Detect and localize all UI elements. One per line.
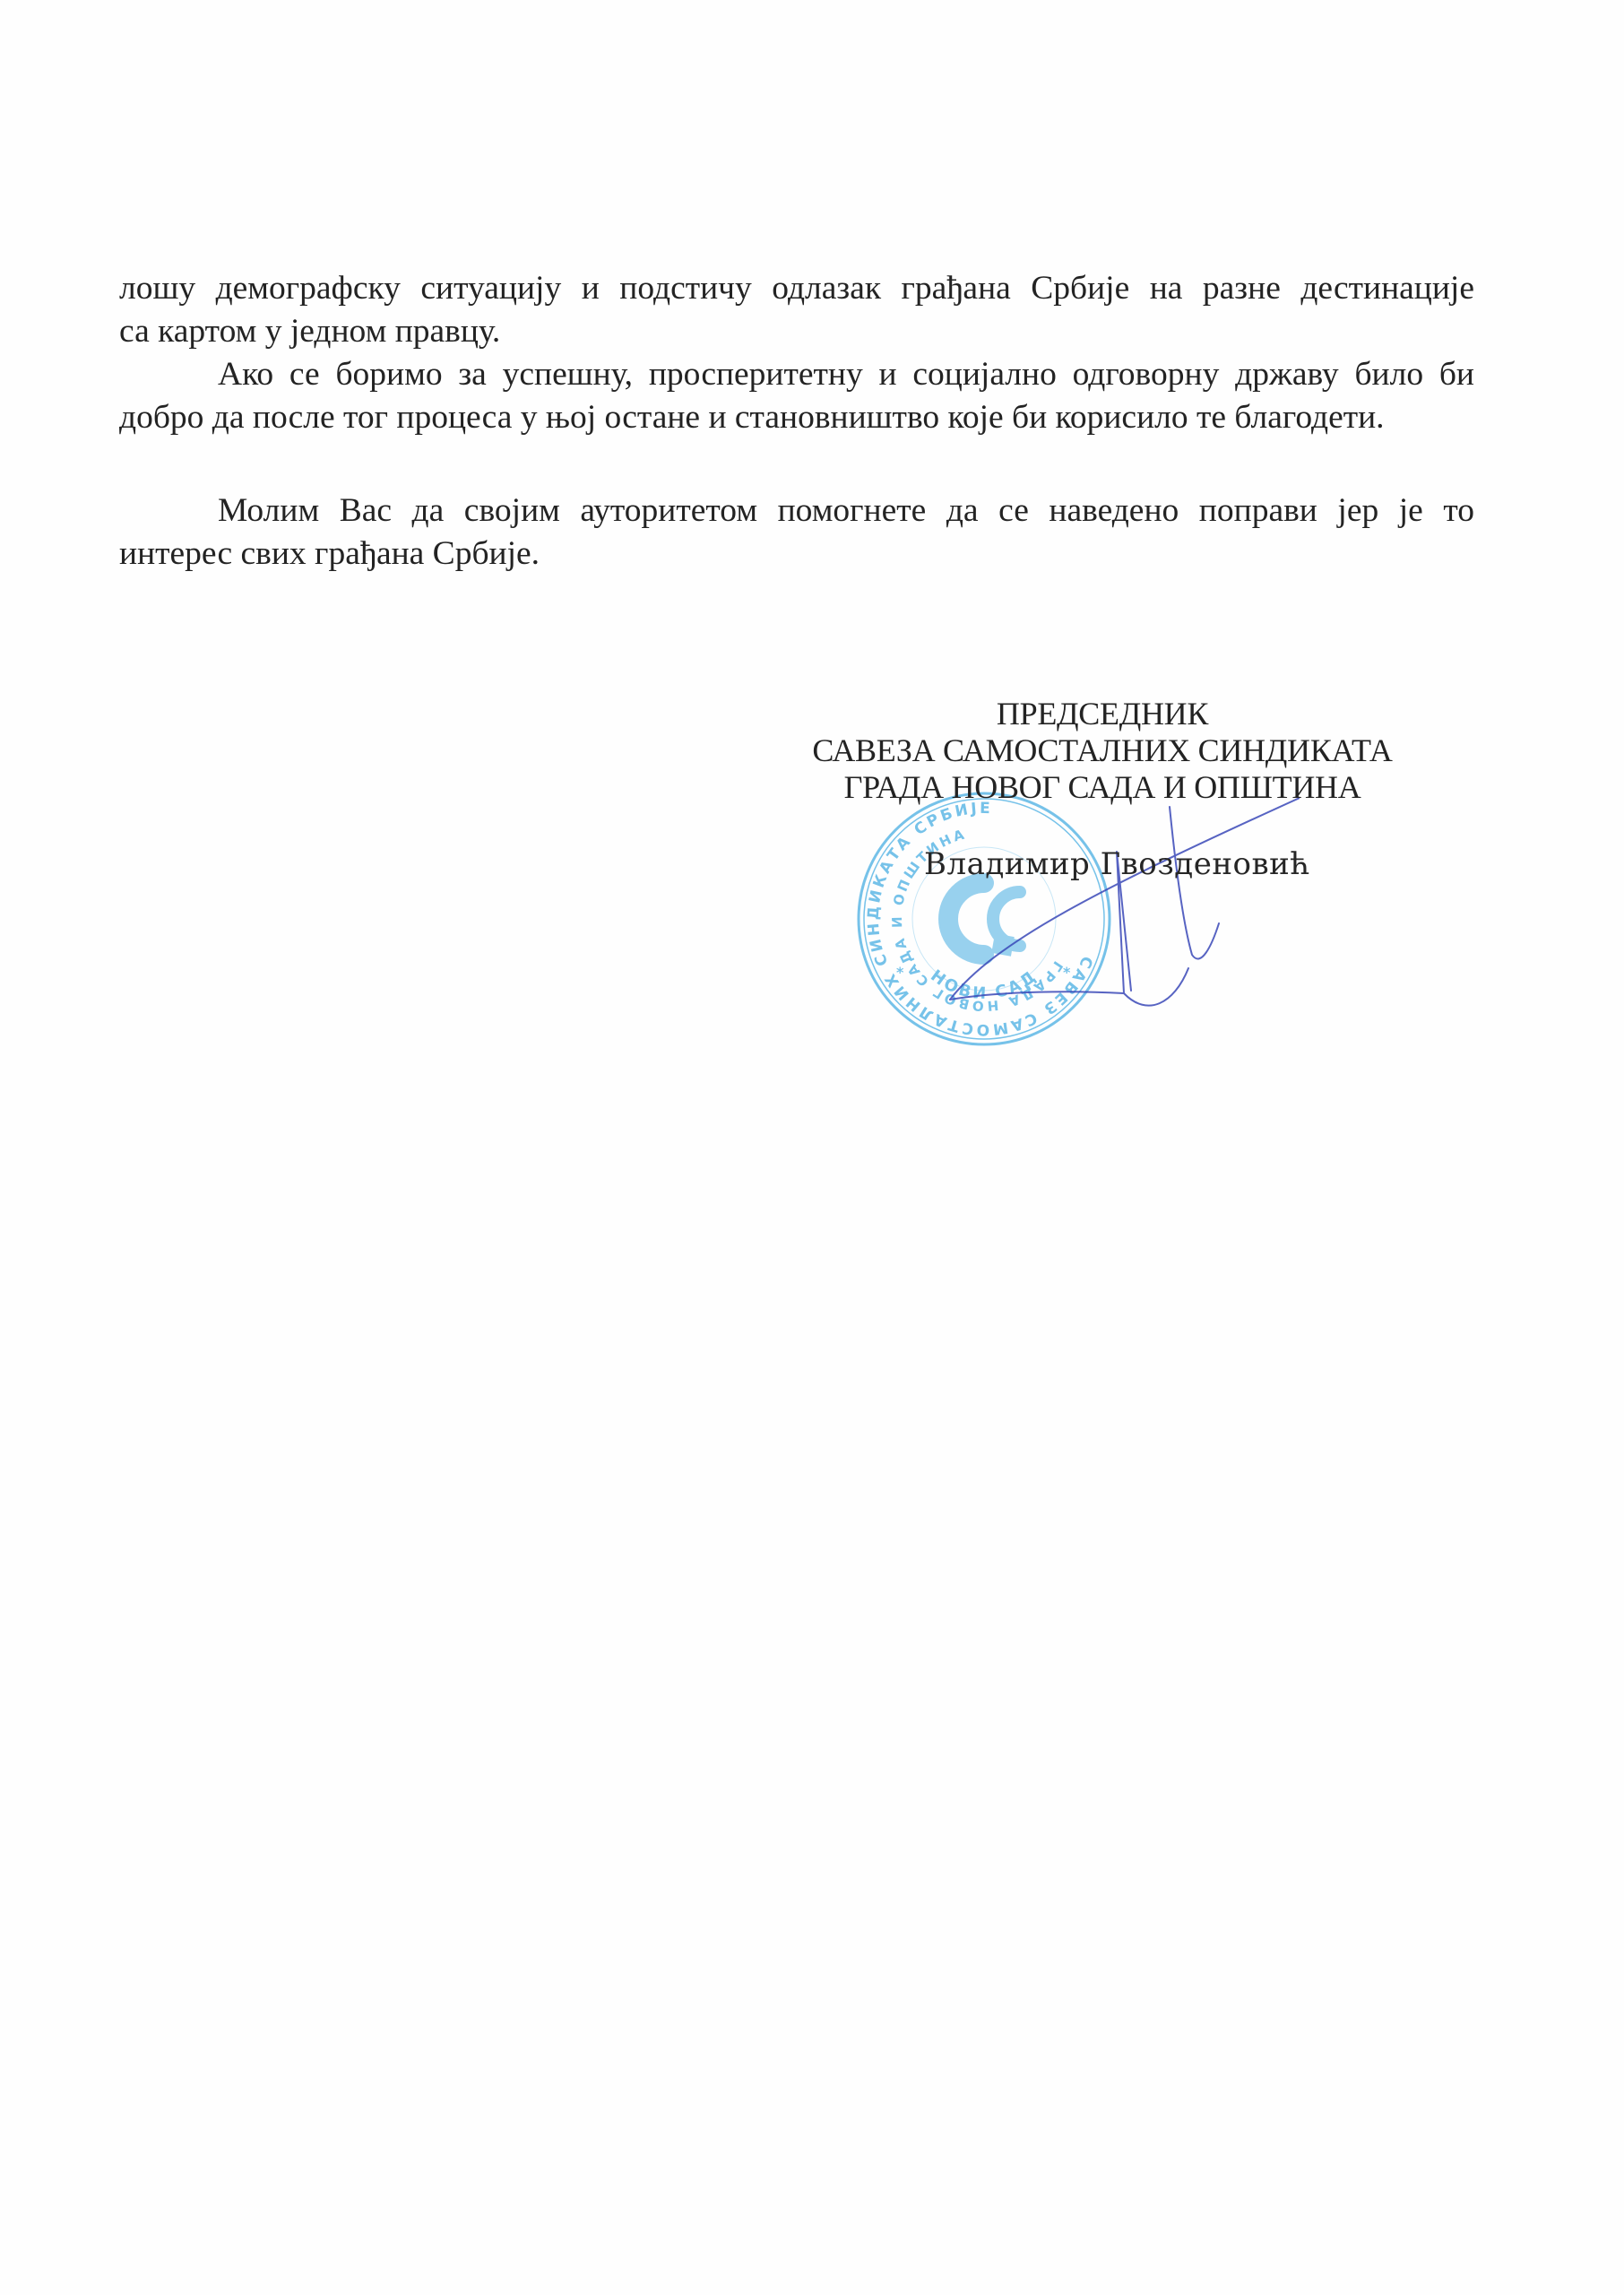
- organization-name: САВЕЗА САМОСТАЛНИХ СИНДИКАТА: [771, 732, 1434, 769]
- letter-body: лошу демографску ситуацију и подстичу од…: [119, 267, 1474, 576]
- svg-text:*: *: [896, 964, 904, 981]
- paragraph-1: лошу демографску ситуацију и подстичу од…: [119, 267, 1474, 353]
- text-line: лошу демографску ситуацију и подстичу од…: [119, 267, 1474, 310]
- text-line: интерес свих грађана Србије.: [119, 533, 1474, 576]
- signature-block: ПРЕДСЕДНИК САВЕЗА САМОСТАЛНИХ СИНДИКАТА …: [771, 696, 1434, 806]
- text-line: Ако се боримо за успешну, просперитетну …: [119, 353, 1474, 396]
- organization-region: ГРАДА НОВОГ САДА И ОПШТИНА: [771, 769, 1434, 806]
- paragraph-2: Ако се боримо за успешну, просперитетну …: [119, 353, 1474, 439]
- text-line: добро да после тог процеса у њој остане …: [119, 396, 1474, 439]
- signer-name: Владимир Гвозденовић: [924, 846, 1310, 882]
- handwritten-signature-icon: [923, 789, 1300, 1022]
- document-page: лошу демографску ситуацију и подстичу од…: [0, 0, 1624, 2295]
- text-line: Молим Вас да својим ауторитетом помогнет…: [119, 489, 1474, 533]
- signer-title: ПРЕДСЕДНИК: [771, 696, 1434, 732]
- text-line: са картом у једном правцу.: [119, 310, 1474, 353]
- paragraph-3: Молим Вас да својим ауторитетом помогнет…: [119, 489, 1474, 576]
